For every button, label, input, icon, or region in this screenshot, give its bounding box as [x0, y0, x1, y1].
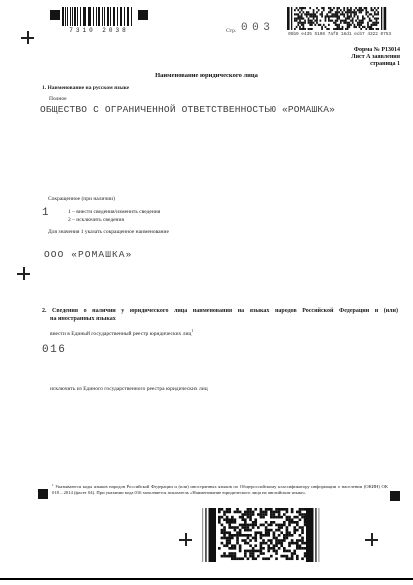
section2-heading-line1: 2. Сведения о наличии у юридического лиц… — [42, 307, 398, 315]
full-name-field: ОБЩЕСТВО С ОГРАНИЧЕННОЙ ОТВЕТСТВЕННОСТЬЮ… — [40, 104, 335, 115]
footnote-ref-mark: 1 — [52, 483, 54, 487]
document-title: Наименование юридического лица — [0, 72, 413, 79]
include-in-register-label: внести в Единый государственный реестр ю… — [50, 331, 193, 337]
action-code-field: 1 — [42, 207, 49, 219]
action-option-1: 1 – внести сведения/изменить сведения — [68, 209, 160, 215]
section2-heading-line2: на иностранных языках — [42, 315, 398, 323]
sheet-page: страница 1 — [250, 61, 400, 68]
form-page: 7310 2038 Стр. 003 05b9 e435 5106 7af8 1… — [0, 0, 413, 585]
footnote-text: Указываются коды языков народов Российск… — [52, 485, 388, 495]
short-name-field: ООО «РОМАШКА» — [44, 249, 132, 260]
action-option-2: 2 – исключить сведения — [68, 217, 124, 223]
barcode-hex-caption: 05b9 e435 5106 7af8 18d1 ecb7 4322 0753 — [286, 31, 393, 37]
pdf417-barcode-icon — [287, 7, 387, 30]
full-name-label: Полное — [49, 96, 67, 102]
exclude-from-register-label: исключить из Единого государственного ре… — [50, 386, 208, 392]
registration-mark-icon — [365, 533, 378, 546]
page-number-value: 003 — [241, 22, 274, 34]
registration-mark-icon — [17, 267, 30, 280]
short-name-hint: Для значения 1 указать сокращенное наиме… — [48, 229, 169, 235]
page-number-label: Стр. — [226, 28, 236, 34]
anchor-square-icon — [138, 10, 148, 20]
section1-heading: 1. Наименование на русском языке — [42, 85, 129, 91]
language-code-field: 016 — [42, 344, 66, 356]
form-code: Форма № Р13014 — [250, 47, 400, 54]
short-name-label: Сокращенное (при наличии) — [48, 196, 115, 202]
section2-heading: 2. Сведения о наличии у юридического лиц… — [42, 307, 398, 323]
registration-mark-icon — [21, 31, 34, 44]
linear-barcode-icon — [62, 7, 136, 26]
anchor-square-icon — [390, 491, 400, 501]
registration-mark-icon — [179, 533, 192, 546]
form-id-block: Форма № Р13014 Лист А заявления страница… — [250, 47, 400, 69]
footnote: 1 Указываются коды языков народов Россий… — [52, 485, 388, 497]
anchor-square-icon — [50, 10, 60, 20]
anchor-square-icon — [38, 489, 48, 499]
footnote-reference: 1 — [191, 328, 193, 333]
datamatrix-barcode-icon — [202, 508, 320, 562]
barcode-digits: 7310 2038 — [60, 27, 138, 34]
sheet-label: Лист А заявления — [250, 54, 400, 61]
page-bottom-rule — [0, 578, 413, 580]
